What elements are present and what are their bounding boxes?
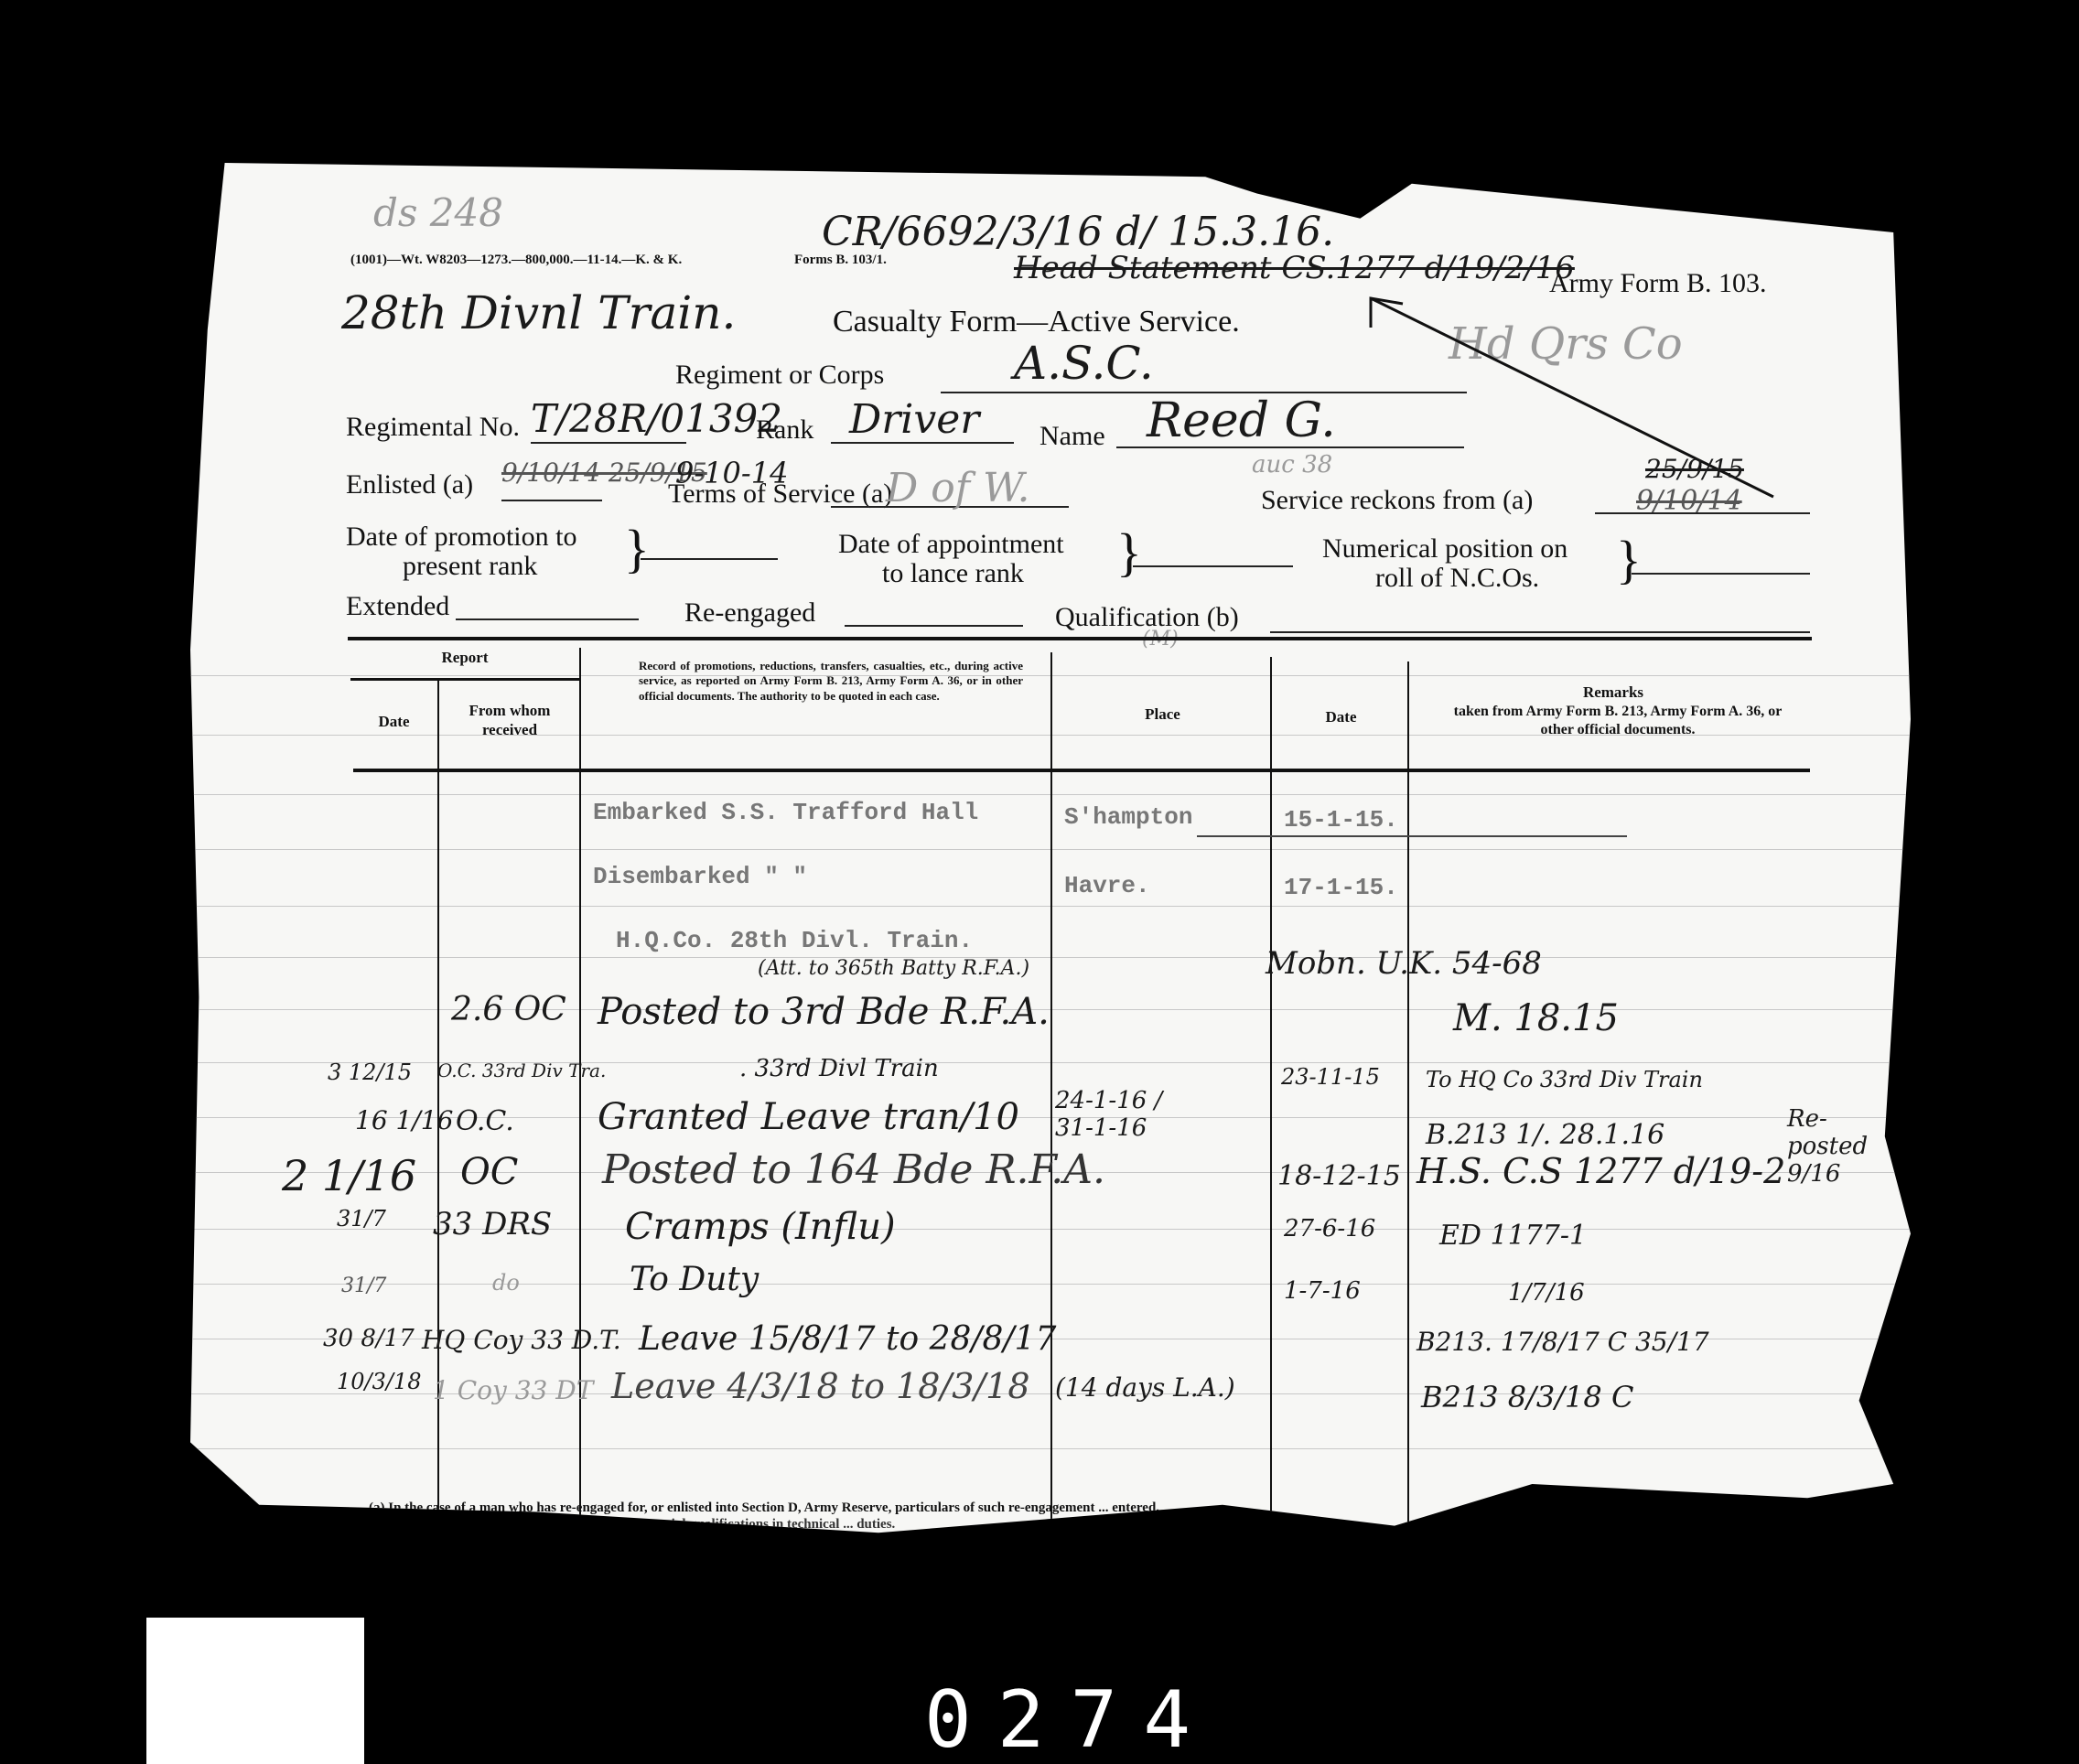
terms-of-service-label: Terms of Service (a) xyxy=(668,479,892,510)
table-row-remarks: B.213 1/. 28.1.16 xyxy=(1426,1119,1664,1151)
table-row-remarks: 1/7/16 xyxy=(1508,1279,1585,1307)
table-row-remarks: To HQ Co 33rd Div Train xyxy=(1426,1067,1703,1092)
table-header-rule xyxy=(353,769,1810,772)
service-reckons-label: Service reckons from (a) xyxy=(1261,485,1533,516)
regiment-label: Regiment or Corps xyxy=(675,360,884,391)
table-row-from: O.C. 33rd Div Tra. xyxy=(437,1059,606,1081)
from-whom-header: From whom received xyxy=(442,701,577,740)
remarks-title: Remarks xyxy=(1417,683,1810,702)
reengaged-label: Re-engaged xyxy=(684,597,815,629)
table-row-remarks: Mobn. U.K. 54-68 xyxy=(1266,945,1542,982)
table-row-from: 2.6 OC xyxy=(451,991,566,1028)
table-row-record: Embarked S.S. Trafford Hall xyxy=(593,799,978,826)
frame-counter: 0274 xyxy=(924,1674,1216,1764)
table-row-date: 27-6-16 xyxy=(1284,1215,1375,1242)
table-row-record: Posted to 164 Bde R.F.A. xyxy=(602,1146,1105,1193)
casualty-form-sheet: ds 248 (1001)—Wt. W8203—1273.—800,000.—1… xyxy=(190,163,1911,1554)
table-row-place: (14 days L.A.) xyxy=(1055,1372,1235,1403)
report-header: Report xyxy=(350,648,579,667)
table-row-date: 15-1-15. xyxy=(1284,806,1398,834)
table-row-date: 23-11-15 xyxy=(1281,1064,1380,1090)
brace-icon: } xyxy=(624,518,650,579)
table-row-place: S'hampton xyxy=(1064,803,1192,831)
name-note: auc 38 xyxy=(1252,451,1332,479)
table-row-remarks: M. 18.15 xyxy=(1453,997,1619,1039)
ncos-label-2: roll of N.C.Os. xyxy=(1375,563,1539,594)
table-row-from: 33 DRS xyxy=(433,1206,552,1242)
table-row-date: 10/3/18 xyxy=(337,1369,422,1394)
print-line: (1001)—Wt. W8203—1273.—800,000.—11-14.—K… xyxy=(350,253,682,268)
table-row-place: 24-1-16 / 31-1-16 xyxy=(1055,1087,1165,1142)
table-row-from: do xyxy=(492,1270,520,1296)
regiment-value: A.S.C. xyxy=(1014,337,1154,390)
regimental-no-label: Regimental No. xyxy=(346,412,520,443)
name-value: Reed G. xyxy=(1147,393,1336,448)
table-row-from: 1 Coy 33 DT xyxy=(433,1375,593,1405)
table-row-date: 3 12/15 xyxy=(328,1059,412,1085)
terms-of-service-value: D of W. xyxy=(886,465,1030,511)
table-row-record: (Att. to 365th Batty R.F.A.) xyxy=(758,957,1029,980)
table-row-record: Granted Leave tran/10 xyxy=(598,1096,1019,1138)
promotion-label-2: present rank xyxy=(403,551,537,582)
table-row-date: 30 8/17 xyxy=(323,1325,415,1352)
report-date-header: Date xyxy=(350,712,437,731)
handwritten-reference: CR/6692/3/16 d/ 15.3.16. xyxy=(822,209,1334,255)
enlisted-label: Enlisted (a) xyxy=(346,469,473,500)
date-header: Date xyxy=(1275,707,1407,726)
handwritten-unit: 28th Divnl Train. xyxy=(341,286,736,339)
table-row-record: Leave 4/3/18 to 18/3/18 xyxy=(611,1366,1030,1406)
service-reckons-value: 9/10/14 xyxy=(1636,485,1742,517)
place-header: Place xyxy=(1055,705,1270,724)
table-row-date: 16 1/16 xyxy=(355,1105,453,1135)
table-row-remarks: B213. 17/8/17 C 35/17 xyxy=(1417,1327,1709,1357)
rank-value: Driver xyxy=(849,396,979,443)
table-row-record: Cramps (Influ) xyxy=(625,1206,896,1248)
brace-icon: } xyxy=(1116,522,1142,583)
appointment-label-1: Date of appointment xyxy=(838,529,1064,560)
table-row-date: 31/7 xyxy=(341,1275,386,1297)
table-row-record: H.Q.Co. 28th Divl. Train. xyxy=(616,927,973,954)
remarks-header: taken from Army Form B. 213, Army Form A… xyxy=(1444,703,1792,739)
footnote-a: (a) In the case of a man who has re-enga… xyxy=(369,1500,1159,1516)
brace-icon: } xyxy=(1616,529,1642,590)
table-row-date: 31/7 xyxy=(337,1206,386,1232)
table-row-record: Posted to 3rd Bde R.F.A. xyxy=(598,991,1050,1033)
appointment-label-2: to lance rank xyxy=(882,558,1024,589)
table-row-remarks: H.S. C.S 1277 d/19-2 xyxy=(1417,1151,1785,1191)
footnote-b: (b) e.g., Signaller, Shoeing Smith, etc.… xyxy=(369,1517,895,1533)
table-row-record: Leave 15/8/17 to 28/8/17 xyxy=(639,1320,1056,1358)
table-row-from: O.C. xyxy=(456,1105,514,1137)
margin-note: Re-posted 9/16 xyxy=(1787,1105,1879,1188)
table-row-record: . 33rd Divl Train xyxy=(739,1055,939,1082)
service-reckons-struck: 25/9/15 xyxy=(1645,454,1744,484)
rank-label: Rank xyxy=(756,414,813,446)
form-title: Casualty Form—Active Service. xyxy=(833,305,1240,339)
table-row-record: To Duty xyxy=(630,1261,759,1298)
table-row-place: Havre. xyxy=(1064,872,1150,899)
table-row-remarks: ED 1177-1 xyxy=(1439,1220,1587,1252)
table-top-rule xyxy=(348,637,1812,640)
table-row-from: HQ Coy 33 D.T. xyxy=(422,1325,621,1355)
name-label: Name xyxy=(1039,421,1105,452)
record-header: Record of promotions, reductions, transf… xyxy=(639,659,1023,704)
film-frame-marker xyxy=(146,1618,364,1764)
regimental-no-value: T/28R/01392 xyxy=(531,396,782,441)
struck-statement: Head Statement CS.1277 d/19/2/16 xyxy=(1014,250,1575,286)
faint-archive-mark: ds 248 xyxy=(373,190,503,235)
table-row-record: Disembarked " " xyxy=(593,863,807,890)
table-row-date: 1-7-16 xyxy=(1284,1277,1361,1305)
table-row-from: OC xyxy=(460,1151,518,1193)
extended-label: Extended xyxy=(346,591,449,622)
table-row-date: 2 1/16 xyxy=(282,1151,416,1200)
table-row-date: 18-12-15 xyxy=(1277,1160,1401,1192)
table-row-remarks: B213 8/3/18 C xyxy=(1421,1380,1633,1414)
promotion-label-1: Date of promotion to xyxy=(346,522,576,553)
table-row-date: 17-1-15. xyxy=(1284,874,1398,901)
ncos-label-1: Numerical position on xyxy=(1322,533,1567,565)
